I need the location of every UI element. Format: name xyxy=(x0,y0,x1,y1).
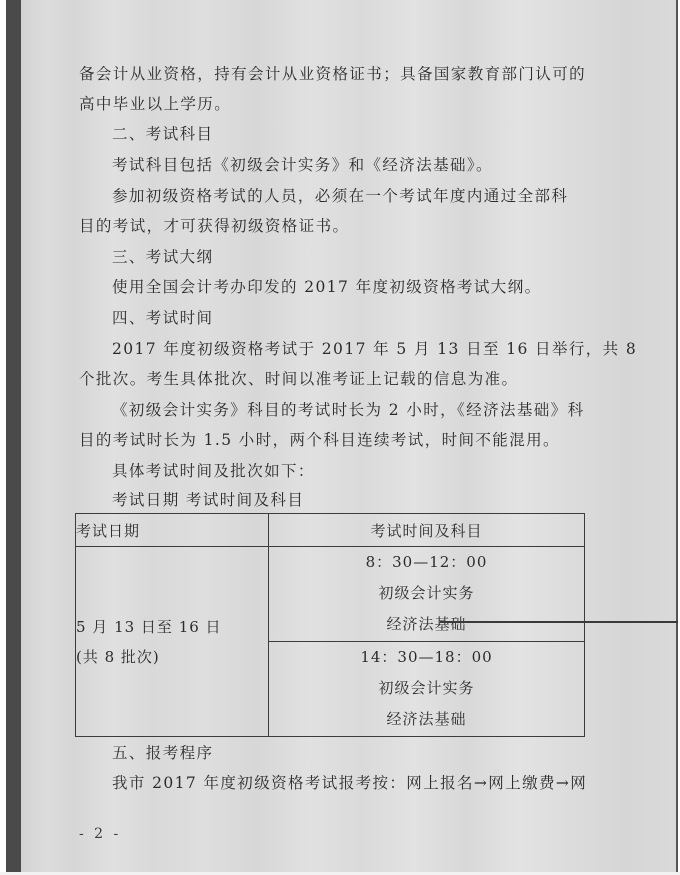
header-exam-date: 考试日期 xyxy=(76,514,269,547)
table-caption: 考试日期 考试时间及科目 xyxy=(112,490,304,510)
body-line: 《初级会计实务》科目的考试时长为 2 小时，《经济法基础》科 xyxy=(112,400,584,420)
table-header-row: 考试日期 考试时间及科目 xyxy=(76,514,585,547)
body-line: 2017 年度初级资格考试于 2017 年 5 月 13 日至 16 日举行，共… xyxy=(112,339,637,359)
header-exam-time-subject: 考试时间及科目 xyxy=(269,514,585,547)
slot-subject: 初级会计实务 xyxy=(269,578,584,609)
afternoon-slot-cell: 14：30—18：00 初级会计实务 经济法基础 xyxy=(269,642,585,737)
section-heading-subjects: 二、考试科目 xyxy=(112,124,213,144)
slot-subject: 经济法基础 xyxy=(269,704,584,735)
body-line: 参加初级资格考试的人员，必须在一个考试年度内通过全部科 xyxy=(112,186,568,206)
slot-subject: 初级会计实务 xyxy=(269,673,584,704)
section-heading-registration: 五、报考程序 xyxy=(112,743,213,763)
body-line: 使用全国会计考办印发的 2017 年度初级资格考试大纲。 xyxy=(112,277,542,297)
slot-subject: 经济法基础 xyxy=(269,609,584,640)
exam-date-cell: 5 月 13 日至 16 日 (共 8 批次) xyxy=(76,547,269,737)
body-line: 考试科目包括《初级会计实务》和《经济法基础》。 xyxy=(112,155,493,175)
page-number: - 2 - xyxy=(79,826,121,842)
exam-batch-count: (共 8 批次) xyxy=(76,642,268,672)
section-heading-syllabus: 三、考试大纲 xyxy=(112,247,213,267)
scan-left-border xyxy=(6,0,21,875)
body-line: 具体考试时间及批次如下： xyxy=(112,461,315,481)
scan-right-border xyxy=(676,0,678,875)
slot-time: 8：30—12：00 xyxy=(269,547,584,578)
table-row: 5 月 13 日至 16 日 (共 8 批次) 8：30—12：00 初级会计实… xyxy=(76,547,585,642)
exam-schedule-table: 考试日期 考试时间及科目 5 月 13 日至 16 日 (共 8 批次) 8：3… xyxy=(75,513,585,737)
body-line: 个批次。考生具体批次、时间以准考证上记载的信息为准。 xyxy=(79,369,518,389)
body-line: 我市 2017 年度初级资格考试报考按：网上报名→网上缴费→网 xyxy=(112,773,587,793)
scanned-page-frame: 备会计从业资格，持有会计从业资格证书；具备国家教育部门认可的 高中毕业以上学历。… xyxy=(0,0,680,875)
body-line: 目的考试，才可获得初级资格证书。 xyxy=(79,216,349,236)
body-line: 备会计从业资格，持有会计从业资格证书；具备国家教育部门认可的 xyxy=(79,64,586,84)
scan-artifact-line xyxy=(440,621,678,623)
slot-time: 14：30—18：00 xyxy=(269,642,584,673)
section-heading-exam-time: 四、考试时间 xyxy=(112,308,213,328)
body-line: 高中毕业以上学历。 xyxy=(79,94,231,114)
body-line: 目的考试时长为 1.5 小时，两个科目连续考试，时间不能混用。 xyxy=(79,430,560,450)
exam-date-range: 5 月 13 日至 16 日 xyxy=(76,612,268,642)
morning-slot-cell: 8：30—12：00 初级会计实务 经济法基础 xyxy=(269,547,585,642)
